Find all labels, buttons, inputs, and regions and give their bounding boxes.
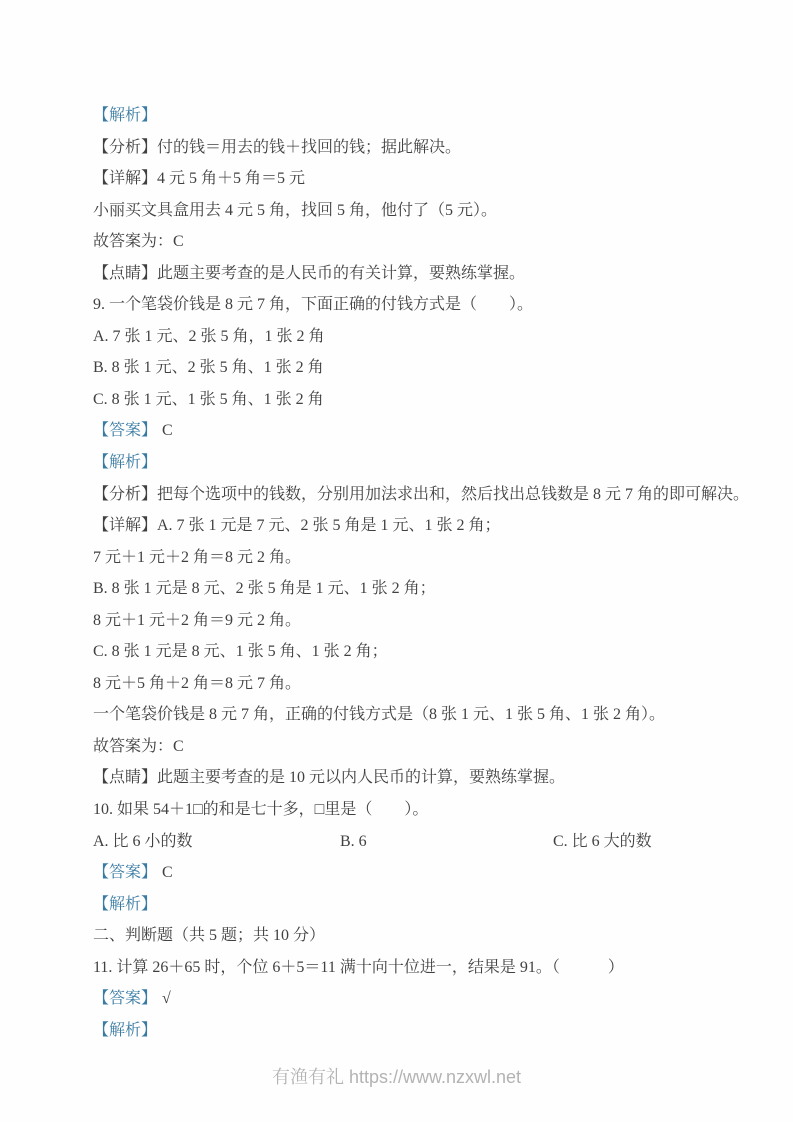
answer-label: 【答案】 [93,990,157,1007]
analysis-label: 【解析】 [93,1022,157,1039]
option-b: B. 6 [340,826,367,858]
analysis-label: 【解析】 [93,454,157,471]
document-line: 一个笔袋价钱是 8 元 7 角，正确的付钱方式是（8 张 1 元、1 张 5 角… [93,699,753,731]
document-line: 【答案】C [93,415,753,447]
document-line: 【解析】 [93,1015,753,1047]
document-content: 【解析】【分析】付的钱＝用去的钱＋找回的钱；据此解决。【详解】4 元 5 角＋5… [93,100,753,1046]
answer-label: 【答案】 [93,422,157,439]
text-line: 8 元＋5 角＋2 角＝8 元 7 角。 [93,675,301,692]
document-line: 【解析】 [93,889,753,921]
question-line: 10. 如果 54＋1□的和是七十多，□里是（ ）。 [93,801,428,818]
answer-label: 【答案】 [93,864,157,881]
answer-value: C [162,422,173,439]
document-line: 【点睛】此题主要考查的是人民币的有关计算，要熟练掌握。 [93,258,753,290]
option-line: B. 8 张 1 元、2 张 5 角、1 张 2 角 [93,359,324,376]
text-line: C. 8 张 1 元是 8 元、1 张 5 角、1 张 2 角； [93,643,388,660]
document-line: A. 比 6 小的数B. 6C. 比 6 大的数 [93,826,753,858]
text-line: B. 8 张 1 元是 8 元、2 张 5 角是 1 元、1 张 2 角； [93,580,436,597]
option-line: C. 8 张 1 元、1 张 5 角、1 张 2 角 [93,391,324,408]
document-line: 8 元＋5 角＋2 角＝8 元 7 角。 [93,668,753,700]
text-line: 故答案为：C [93,738,184,755]
option-line: A. 7 张 1 元、2 张 5 角，1 张 2 角 [93,328,325,345]
document-line: 【分析】付的钱＝用去的钱＋找回的钱；据此解决。 [93,132,753,164]
section-header: 二、判断题（共 5 题；共 10 分） [93,927,325,944]
text-line: 【详解】4 元 5 角＋5 角＝5 元 [93,170,305,187]
answer-value: √ [162,990,171,1007]
option-c: C. 比 6 大的数 [553,826,652,858]
document-line: 【详解】A. 7 张 1 元是 7 元、2 张 5 角是 1 元、1 张 2 角… [93,510,753,542]
analysis-label: 【解析】 [93,107,157,124]
document-line: 【解析】 [93,100,753,132]
text-line: 【点睛】此题主要考查的是人民币的有关计算，要熟练掌握。 [93,265,525,282]
document-line: 【详解】4 元 5 角＋5 角＝5 元 [93,163,753,195]
document-line: 【答案】C [93,857,753,889]
exam-document-page: 【解析】【分析】付的钱＝用去的钱＋找回的钱；据此解决。【详解】4 元 5 角＋5… [0,0,793,1122]
document-line: 小丽买文具盒用去 4 元 5 角，找回 5 角，他付了（5 元）。 [93,195,753,227]
question-line: 9. 一个笔袋价钱是 8 元 7 角，下面正确的付钱方式是（ ）。 [93,296,533,313]
analysis-label: 【解析】 [93,896,157,913]
document-line: A. 7 张 1 元、2 张 5 角，1 张 2 角 [93,321,753,353]
document-line: B. 8 张 1 元、2 张 5 角、1 张 2 角 [93,352,753,384]
question-line: 11. 计算 26＋65 时，个位 6＋5＝11 满十向十位进一，结果是 91。… [93,959,624,976]
document-line: 【答案】√ [93,983,753,1015]
footer-site-text: 有渔有礼 https://www.nzxwl.net [272,1067,521,1087]
text-line: 【详解】A. 7 张 1 元是 7 元、2 张 5 角是 1 元、1 张 2 角… [93,517,501,534]
footer-watermark: 有渔有礼 https://www.nzxwl.net [0,1063,793,1089]
answer-value: C [162,864,173,881]
document-line: 9. 一个笔袋价钱是 8 元 7 角，下面正确的付钱方式是（ ）。 [93,289,753,321]
document-line: 故答案为：C [93,731,753,763]
document-line: 故答案为：C [93,226,753,258]
document-line: 7 元＋1 元＋2 角＝8 元 2 角。 [93,542,753,574]
text-line: 【分析】付的钱＝用去的钱＋找回的钱；据此解决。 [93,139,461,156]
document-line: C. 8 张 1 元是 8 元、1 张 5 角、1 张 2 角； [93,636,753,668]
text-line: 故答案为：C [93,233,184,250]
document-line: 8 元＋1 元＋2 角＝9 元 2 角。 [93,605,753,637]
document-line: C. 8 张 1 元、1 张 5 角、1 张 2 角 [93,384,753,416]
document-line: 【分析】把每个选项中的钱数，分别用加法求出和，然后找出总钱数是 8 元 7 角的… [93,479,753,511]
text-line: 7 元＋1 元＋2 角＝8 元 2 角。 [93,549,301,566]
document-line: 二、判断题（共 5 题；共 10 分） [93,920,753,952]
document-line: 【点睛】此题主要考查的是 10 元以内人民币的计算，要熟练掌握。 [93,762,753,794]
text-line: 一个笔袋价钱是 8 元 7 角，正确的付钱方式是（8 张 1 元、1 张 5 角… [93,706,665,723]
document-line: 10. 如果 54＋1□的和是七十多，□里是（ ）。 [93,794,753,826]
option-a: A. 比 6 小的数 [93,826,193,858]
text-line: 8 元＋1 元＋2 角＝9 元 2 角。 [93,612,301,629]
text-line: 小丽买文具盒用去 4 元 5 角，找回 5 角，他付了（5 元）。 [93,202,497,219]
text-line: 【分析】把每个选项中的钱数，分别用加法求出和，然后找出总钱数是 8 元 7 角的… [93,486,749,503]
document-line: 11. 计算 26＋65 时，个位 6＋5＝11 满十向十位进一，结果是 91。… [93,952,753,984]
text-line: 【点睛】此题主要考查的是 10 元以内人民币的计算，要熟练掌握。 [93,769,565,786]
document-line: B. 8 张 1 元是 8 元、2 张 5 角是 1 元、1 张 2 角； [93,573,753,605]
document-line: 【解析】 [93,447,753,479]
